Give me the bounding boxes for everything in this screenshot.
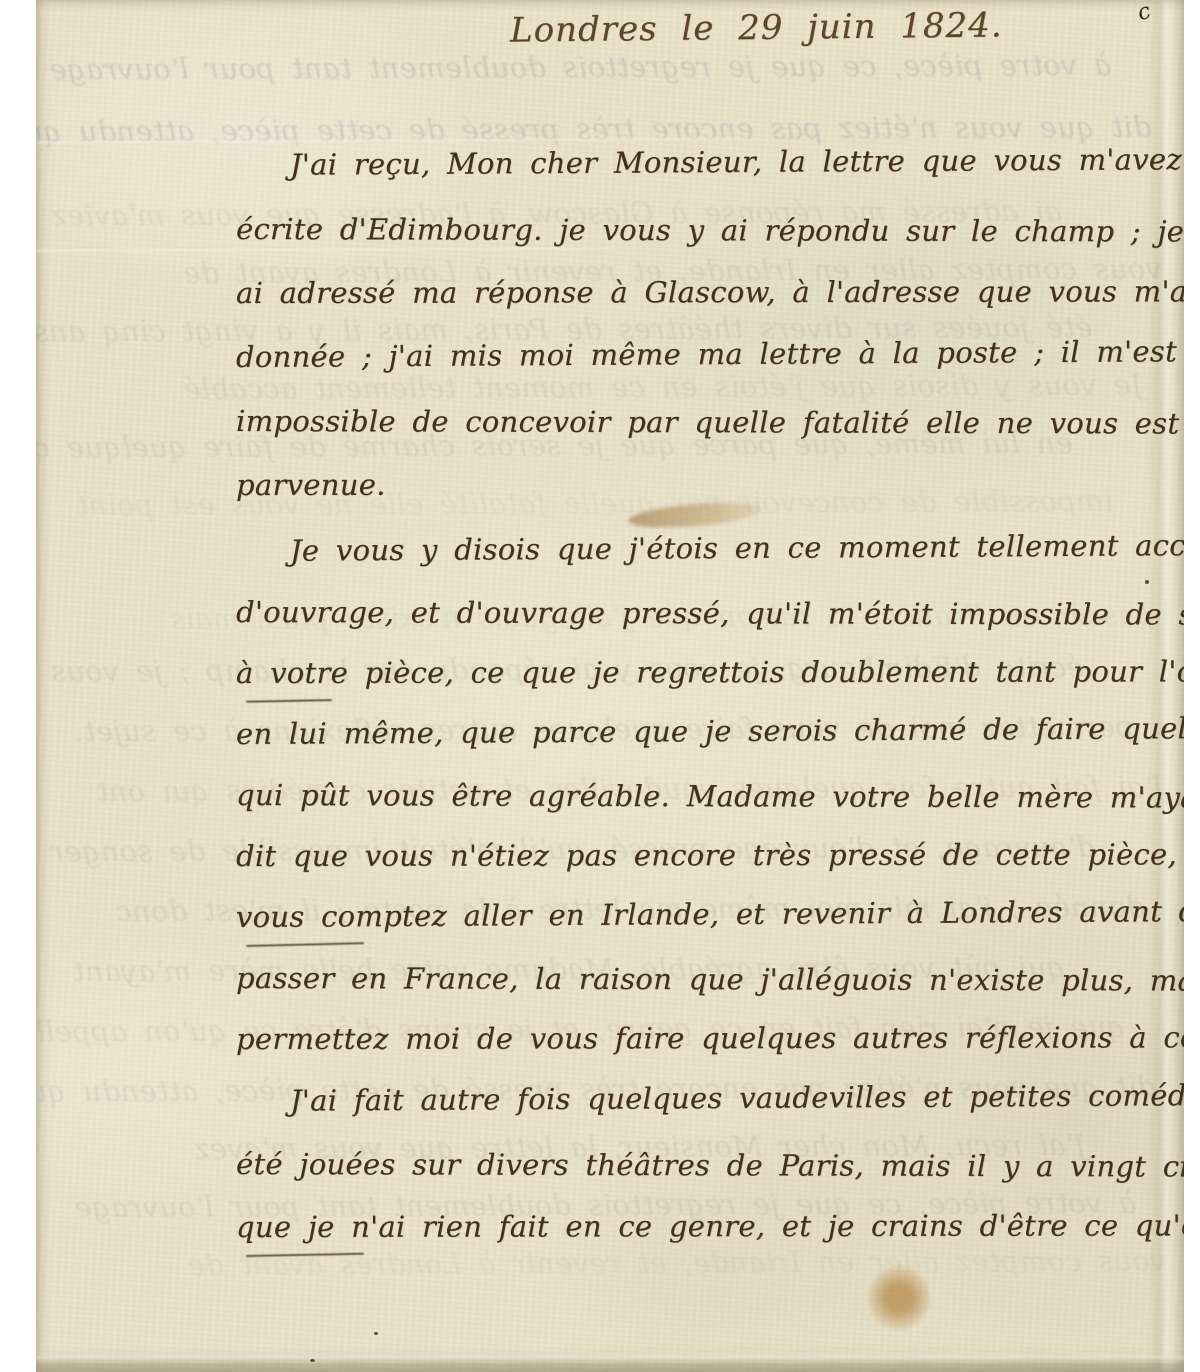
ink-flourish-stroke <box>246 1252 364 1256</box>
paragraph-1: J'ai reçu, Mon cher Monsieur, la lettre … <box>236 148 1184 532</box>
letter-line: passer en France, la raison que j'allégu… <box>236 961 1184 1025</box>
ink-speck <box>1145 580 1149 584</box>
letter-line: qui pût vous être agréable. Madame votre… <box>236 778 1184 842</box>
ink-flourish-stroke <box>246 942 364 947</box>
letter-line: impossible de concevoir par quelle fatal… <box>236 404 1184 471</box>
letter-line: J'ai fait autre fois quelques vaudeville… <box>236 1078 1184 1147</box>
letter-line: J'ai reçu, Mon cher Monsieur, la lettre … <box>236 142 1184 212</box>
letter-line: été jouées sur divers théâtres de Paris,… <box>236 1147 1184 1213</box>
letter-line: permettez moi de vous faire quelques aut… <box>236 1020 1184 1083</box>
scanned-letter-page: à votre pièce, ce que je regrettois doub… <box>36 0 1184 1372</box>
dateline: Londres le 29 juin 1824. <box>510 5 1003 50</box>
letter-line: ai adressé ma réponse à Glascow, à l'adr… <box>236 274 1184 340</box>
ink-speck <box>310 1359 315 1362</box>
round-brown-stain <box>868 1266 930 1330</box>
ink-flourish-stroke <box>246 699 332 703</box>
letter-text-layer: Londres le 29 juin 1824. J'ai reçu, Mon … <box>36 0 1184 1372</box>
letter-line: Je vous y disois que j'étois en ce momen… <box>236 528 1184 595</box>
ink-speck <box>374 1332 378 1335</box>
letter-line: donnée ; j'ai mis moi même ma lettre à l… <box>236 334 1184 404</box>
letter-line: d'ouvrage, et d'ouvrage pressé, qu'il m'… <box>236 595 1184 659</box>
letter-line: en lui même, que parce que je serois cha… <box>236 711 1184 778</box>
letter-line: que je n'ai rien fait en ce genre, et je… <box>236 1208 1184 1273</box>
letter-line: à votre pièce, ce que je regrettois doub… <box>236 654 1184 717</box>
letter-line: écrite d'Edimbourg. je vous y ai répondu… <box>236 212 1184 279</box>
letter-line: vous comptez aller en Irlande, et reveni… <box>236 894 1184 961</box>
paragraph-2: Je vous y disois que j'étois en ce momen… <box>236 534 1184 1083</box>
letter-line: dit que vous n'étiez pas encore très pre… <box>236 837 1184 900</box>
paragraph-3: J'ai fait autre fois quelques vaudeville… <box>236 1084 1184 1273</box>
